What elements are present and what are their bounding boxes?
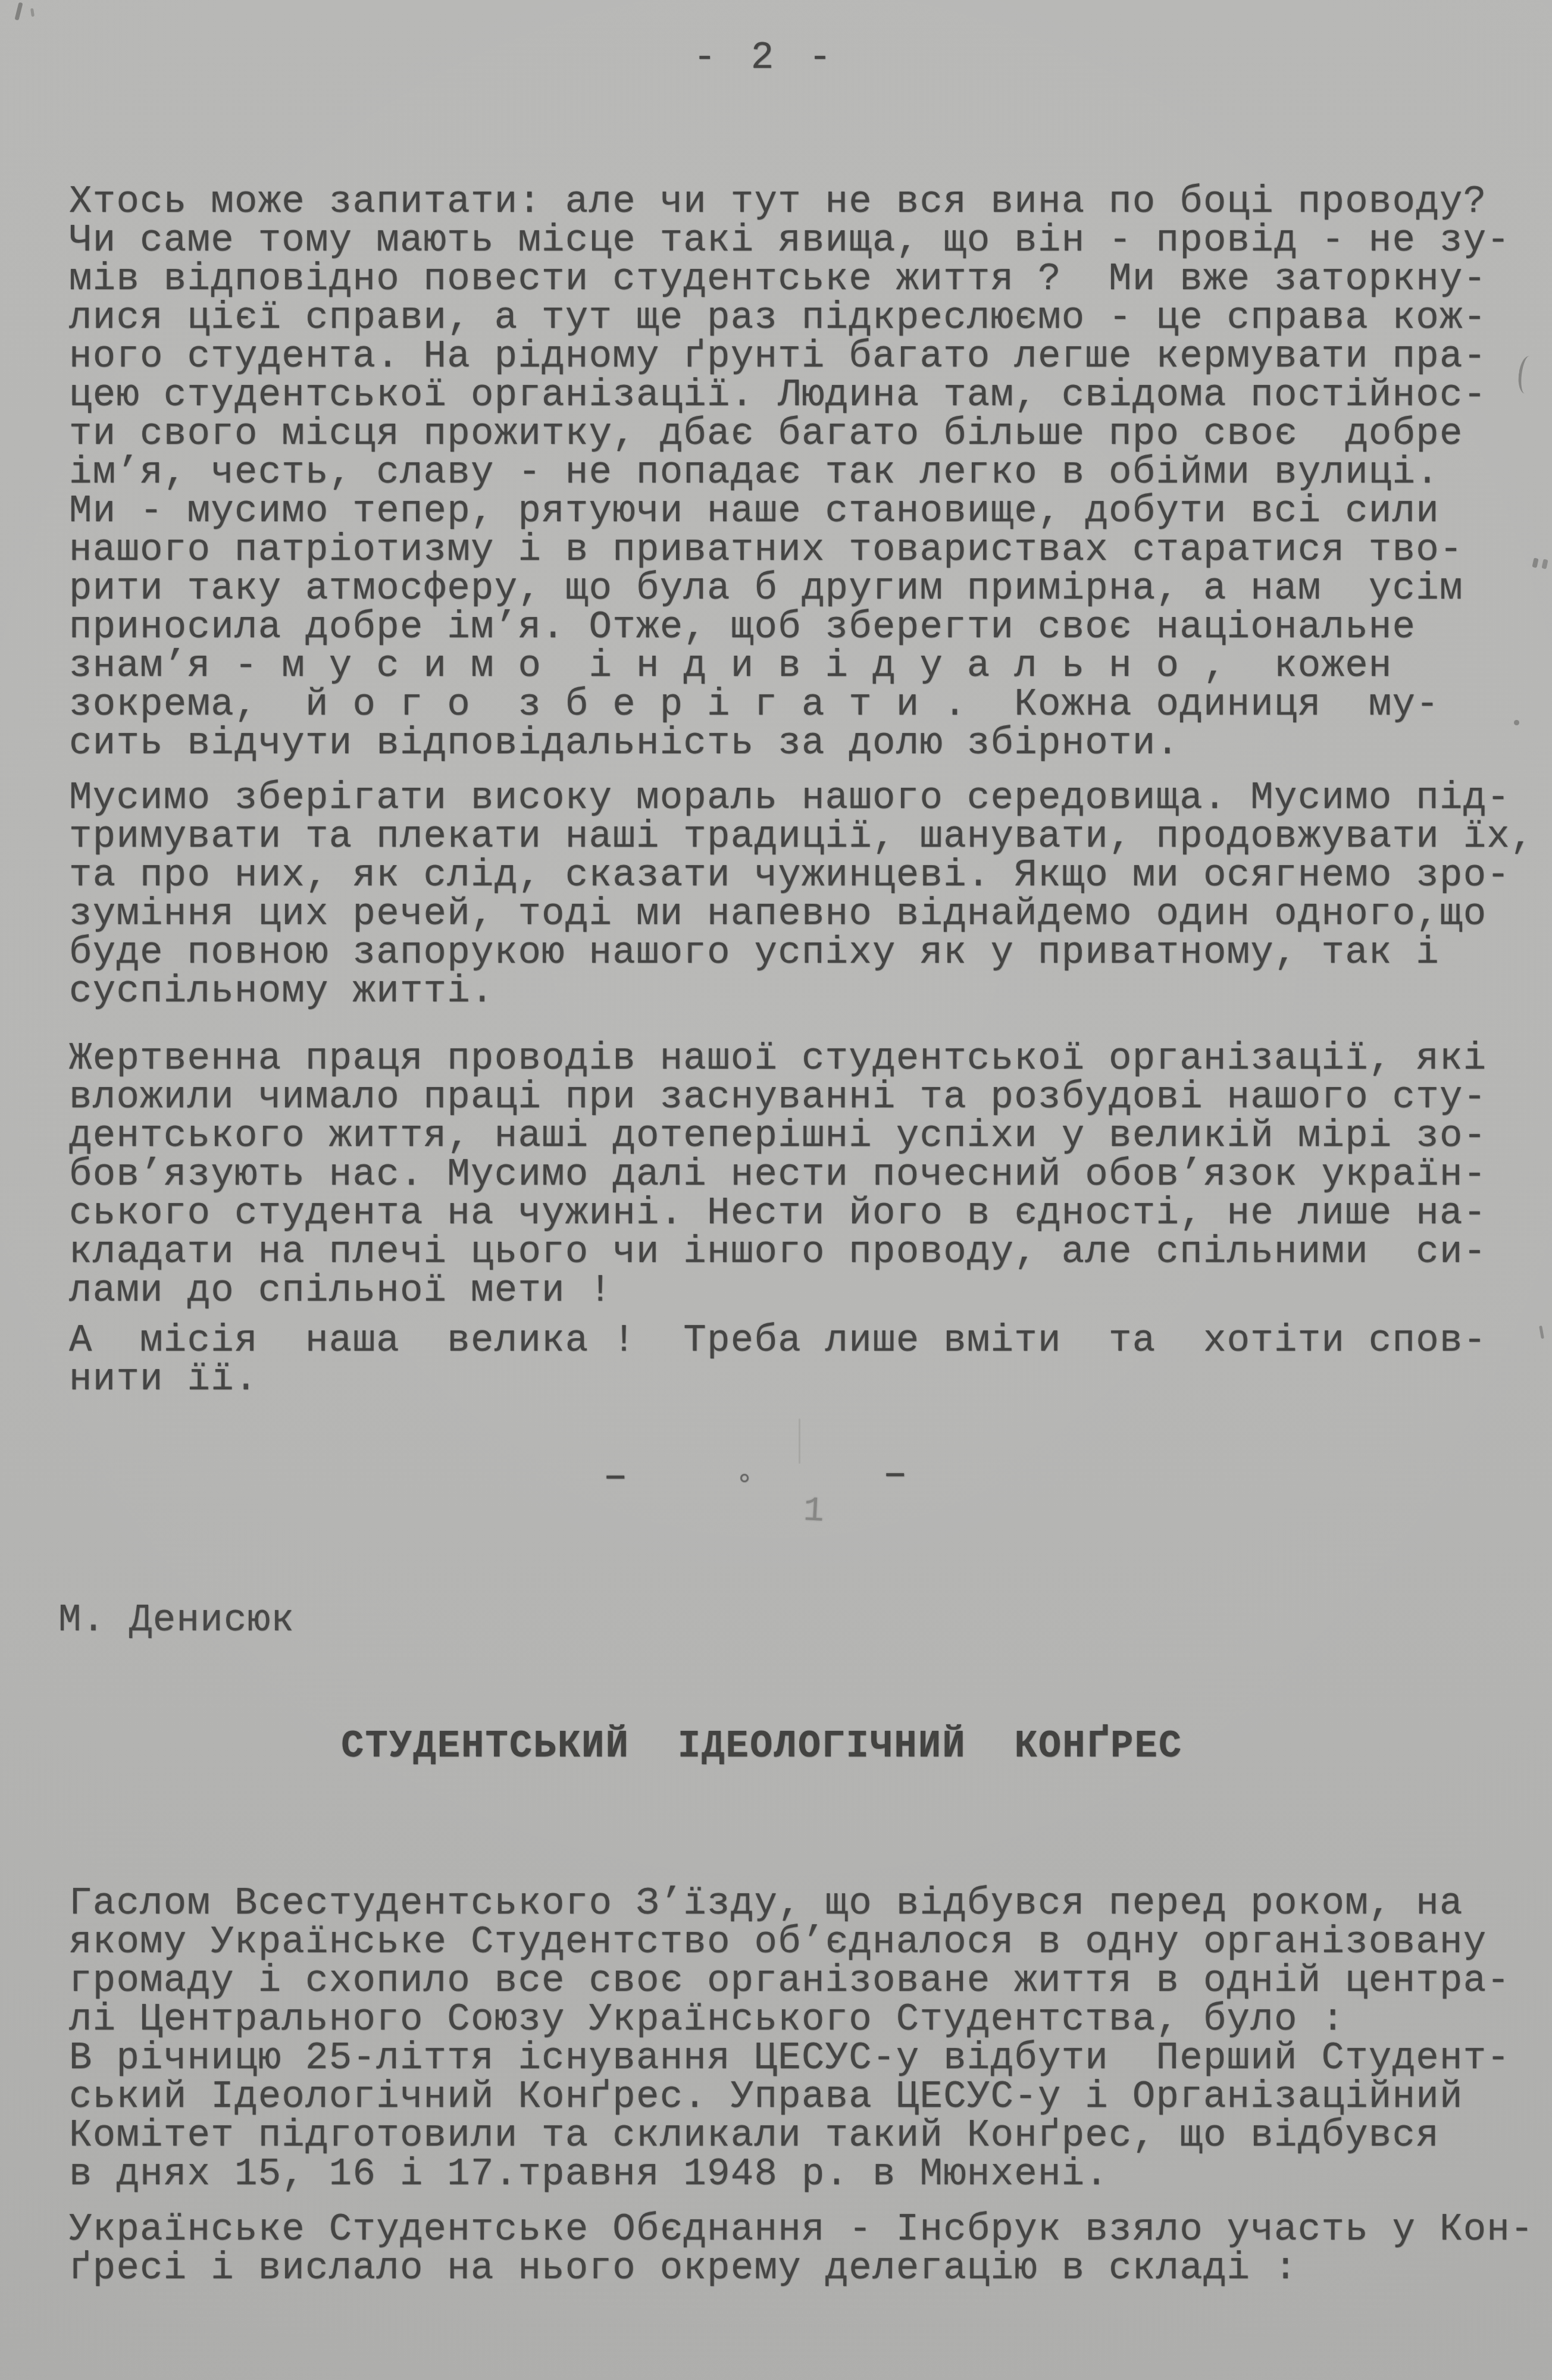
page-number: - 2 -	[693, 37, 837, 80]
separator-dash-left: -	[596, 1457, 635, 1499]
scan-artifact-right-quote-mark-2	[1541, 559, 1548, 569]
scan-artifact-right-paren-mark	[1516, 355, 1538, 394]
scan-artifact-right-dot	[1514, 720, 1519, 725]
scan-artifact-center-smudge	[799, 1418, 800, 1464]
scan-artifact-top-left-speck	[30, 8, 35, 17]
scan-artifact-right-tick	[1539, 1326, 1544, 1339]
separator-stray-mark: 1	[802, 1492, 825, 1532]
paragraph-1: Хтось може запитати: але чи тут не вся в…	[69, 183, 1510, 763]
paragraph-2: Мусимо зберігати високу мораль нашого се…	[69, 779, 1534, 1011]
scan-artifact-right-quote-mark-1	[1532, 558, 1538, 568]
paragraph-6: Українське Студентське Обєднання - Інсбр…	[69, 2211, 1534, 2288]
author-byline: М. Денисюк	[58, 1599, 295, 1642]
paragraph-3: Жертвенна праця проводів нашої студентсь…	[69, 1040, 1487, 1311]
separator-dot-mark: °	[736, 1470, 753, 1504]
scanned-page: - 2 - Хтось може запитати: але чи тут не…	[0, 0, 1552, 2380]
paragraph-4: А місія наша велика ! Треба лише вміти т…	[69, 1322, 1487, 1399]
separator-dash-right: -	[876, 1454, 915, 1497]
paragraph-5: Гаслом Всестудентського З’їзду, що відбу…	[69, 1885, 1510, 2194]
scan-artifact-top-left-mark	[14, 2, 23, 21]
section-title: СТУДЕНТСЬКИЙ ІДЕОЛОГІЧНИЙ КОНҐРЕС	[341, 1725, 1182, 1768]
